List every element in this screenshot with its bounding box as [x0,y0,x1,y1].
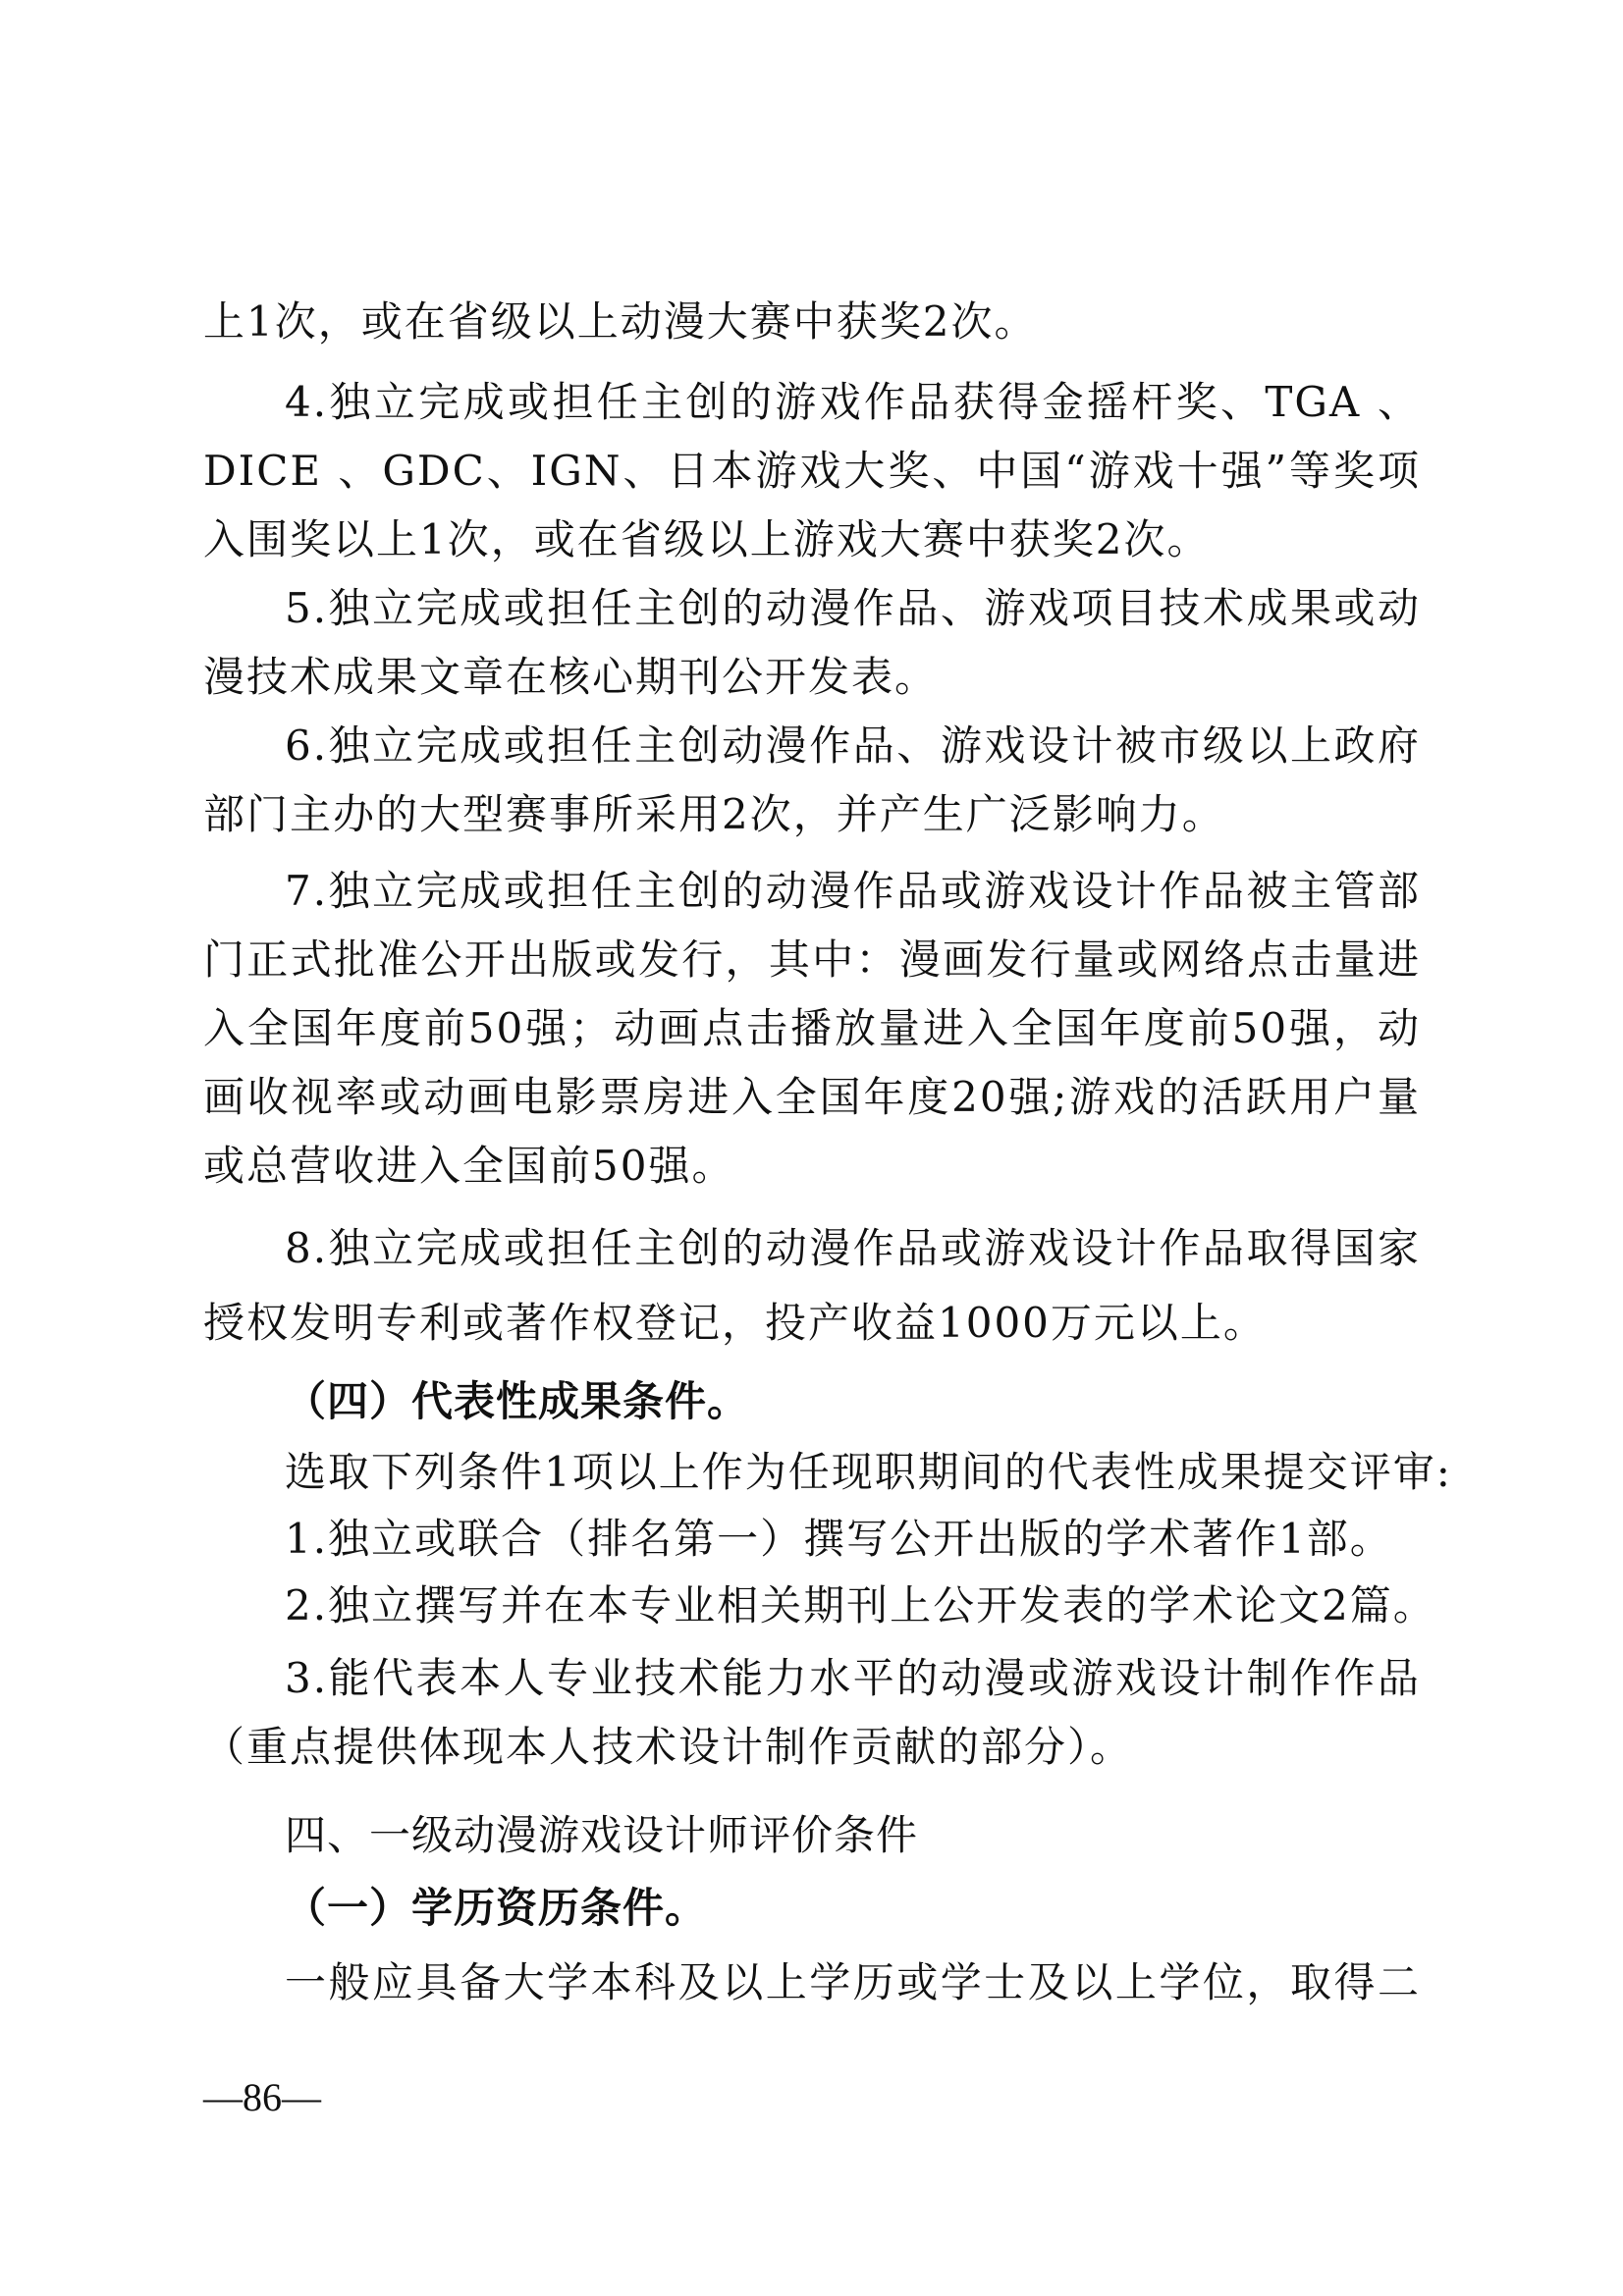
text-line: 选取下列条件1项以上作为任现职期间的代表性成果提交评审: [285,1445,1502,1500]
text-line: 一般应具备大学本科及以上学历或学士及以上学位，取得二 [285,1955,1421,2010]
text-line: 5.独立完成或担任主创的动漫作品、游戏项目技术成果或动 [285,581,1421,636]
text-line: 8.独立完成或担任主创的动漫作品或游戏设计作品取得国家 [285,1221,1421,1276]
text-line: 漫技术成果文章在核心期刊公开发表。 [203,650,1421,705]
text-line: 授权发明专利或著作权登记，投产收益1000万元以上。 [203,1296,1421,1351]
text-line: 6.独立完成或担任主创动漫作品、游戏设计被市级以上政府 [285,719,1421,774]
chapter-heading: 四、一级动漫游戏设计师评价条件 [285,1808,1502,1863]
text-line: 2.独立撰写并在本专业相关期刊上公开发表的学术论文2篇。 [285,1578,1502,1633]
text-line: 部门主办的大型赛事所采用2次，并产生广泛影响力。 [203,787,1421,842]
text-line: DICE 、GDC、IGN、日本游戏大奖、中国“游戏十强”等奖项 [203,444,1421,499]
text-line: 入全国年度前50强；动画点击播放量进入全国年度前50强，动 [203,1001,1421,1056]
text-line: 3.能代表本人专业技术能力水平的动漫或游戏设计制作作品 [285,1651,1421,1706]
text-line: 上1次，或在省级以上动漫大赛中获奖2次。 [203,294,1421,349]
text-line: 7.独立完成或担任主创的动漫作品或游戏设计作品被主管部 [285,864,1421,919]
text-line: 画收视率或动画电影票房进入全国年度20强;游戏的活跃用户量 [203,1070,1421,1125]
text-line: 1.独立或联合（排名第一）撰写公开出版的学术著作1部。 [285,1512,1502,1567]
text-line: 4.独立完成或担任主创的游戏作品获得金摇杆奖、TGA 、 [285,375,1421,430]
page-number: —86— [203,2073,321,2122]
document-page: 上1次，或在省级以上动漫大赛中获奖2次。 4.独立完成或担任主创的游戏作品获得金… [0,0,1623,2296]
text-line: 或总营收进入全国前50强。 [203,1139,1421,1194]
section-heading: （四）代表性成果条件。 [285,1374,1502,1429]
text-line: 入围奖以上1次，或在省级以上游戏大赛中获奖2次。 [203,512,1421,567]
text-line: （重点提供体现本人技术设计制作贡献的部分）。 [203,1720,1421,1775]
section-heading: （一）学历资历条件。 [285,1881,1502,1936]
text-line: 门正式批准公开出版或发行，其中：漫画发行量或网络点击量进 [203,933,1421,988]
